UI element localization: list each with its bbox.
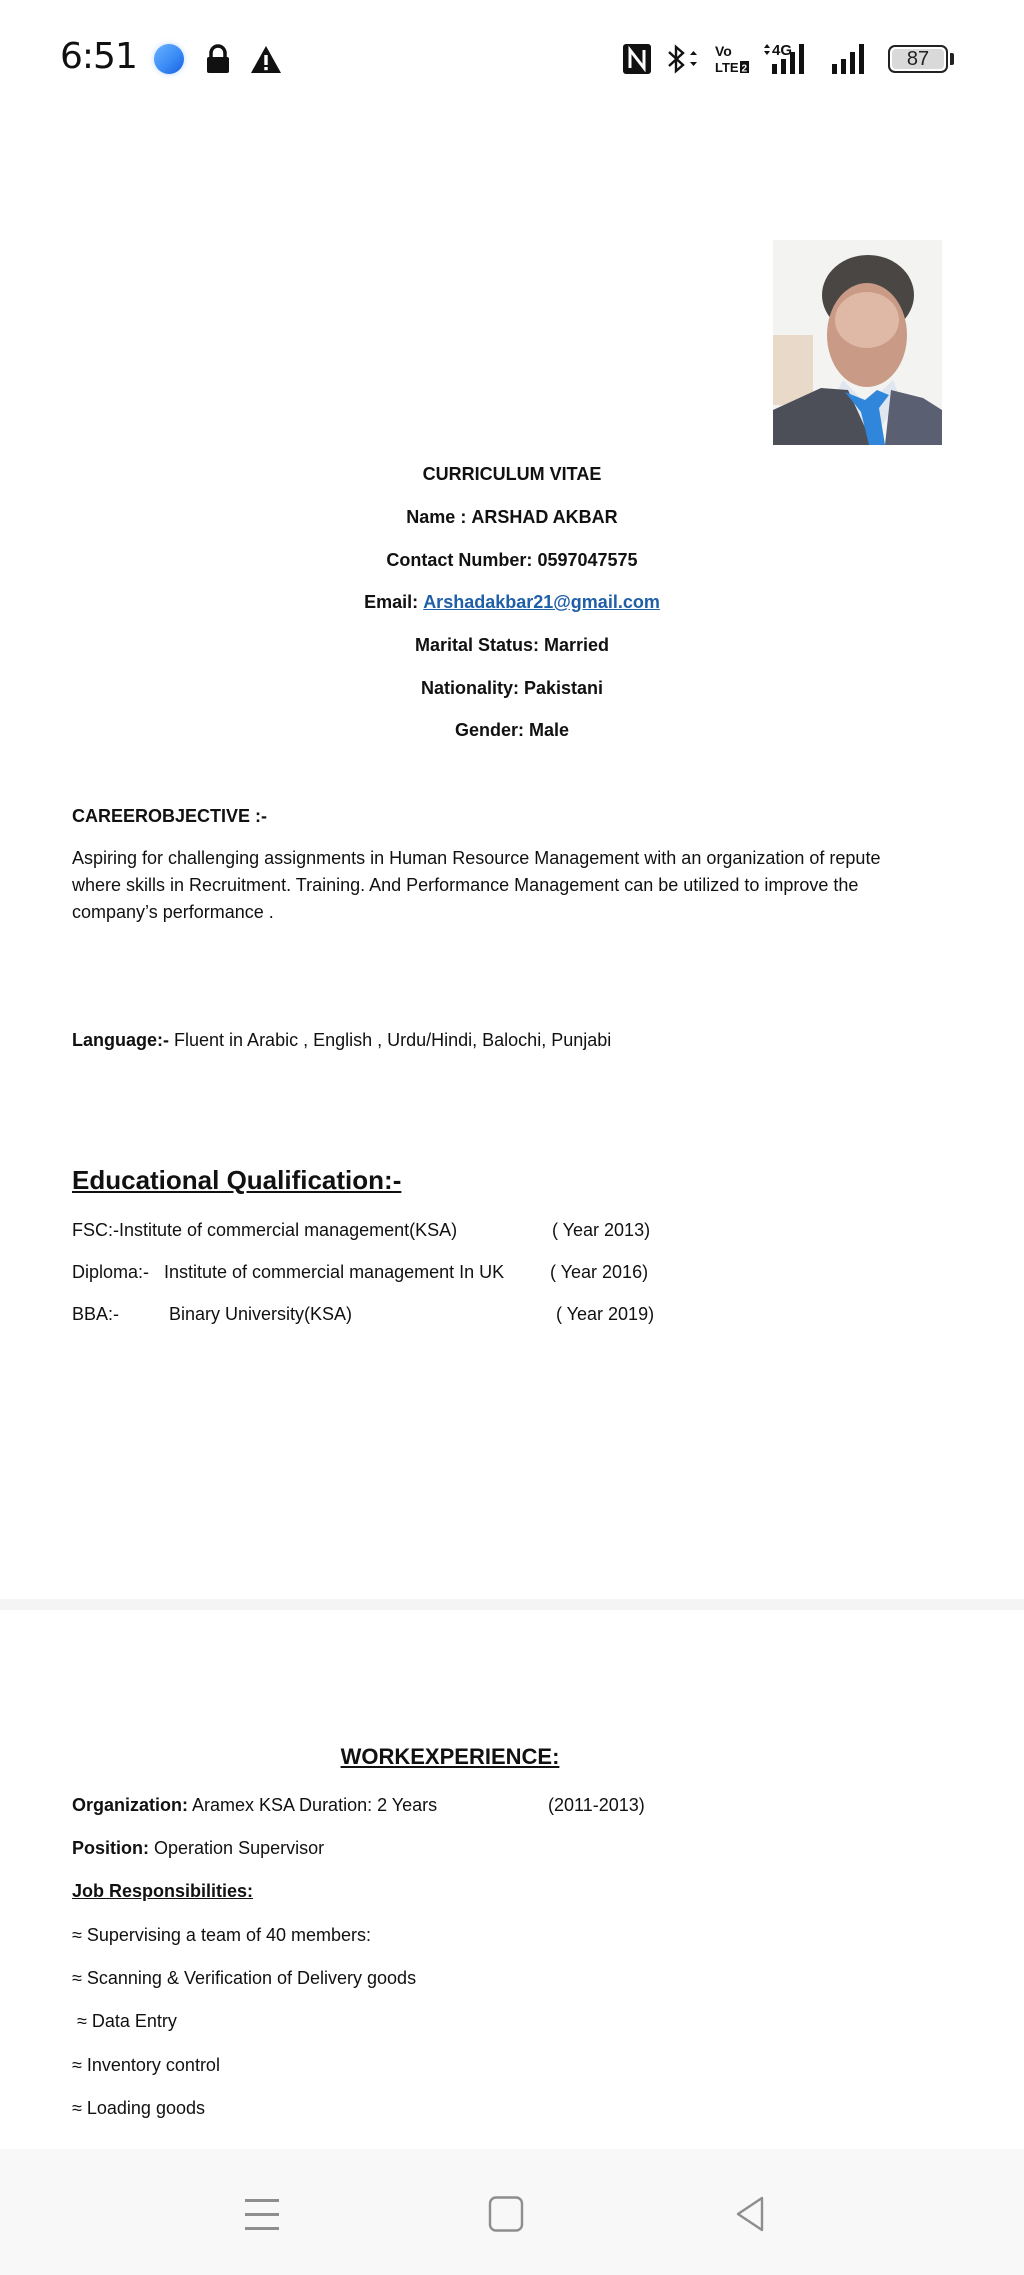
education-institute: Binary University(KSA) bbox=[169, 1304, 352, 1325]
svg-text:LTE: LTE bbox=[715, 60, 739, 75]
career-objective-line: where skills in Recruitment. Training. A… bbox=[72, 872, 952, 899]
responsibility-item: ≈ Loading goods bbox=[72, 2098, 205, 2119]
responsibility-item: ≈ Scanning & Verification of Delivery go… bbox=[72, 1968, 416, 1989]
status-time: 6:51 bbox=[60, 36, 137, 77]
position-label: Position: bbox=[72, 1838, 149, 1858]
nationality-value: Pakistani bbox=[524, 678, 603, 698]
svg-text:4G: 4G bbox=[772, 42, 792, 59]
gender-line: Gender: Male bbox=[0, 720, 1024, 741]
career-objective-line: company’s performance . bbox=[72, 899, 952, 926]
svg-text:2: 2 bbox=[742, 64, 748, 75]
marital-line: Marital Status: Married bbox=[0, 635, 1024, 656]
back-button[interactable] bbox=[725, 2189, 775, 2239]
education-heading: Educational Qualification:- bbox=[72, 1165, 401, 1196]
email-line: Email: Arshadakbar21@gmail.com bbox=[0, 592, 1024, 613]
responsibility-item: ≈ Data Entry bbox=[72, 2011, 177, 2032]
marital-value: Married bbox=[544, 635, 609, 655]
contact-value: 0597047575 bbox=[537, 550, 637, 570]
language-value: Fluent in Arabic , English , Urdu/Hindi,… bbox=[174, 1030, 611, 1050]
education-degree: Diploma:- bbox=[72, 1262, 149, 1283]
language-line: Language:- Fluent in Arabic , English , … bbox=[72, 1030, 611, 1051]
education-year: ( Year 2016) bbox=[550, 1262, 648, 1283]
name-line: Name : ARSHAD AKBAR bbox=[0, 507, 1024, 528]
app-notification-icon bbox=[154, 44, 184, 74]
career-objective-line: Aspiring for challenging assignments in … bbox=[72, 845, 952, 872]
responsibility-item: ≈ Inventory control bbox=[72, 2055, 220, 2076]
work-period: (2011-2013) bbox=[548, 1795, 645, 1816]
home-square-icon bbox=[488, 2196, 524, 2232]
education-institute: Institute of commercial management In UK bbox=[164, 1262, 504, 1283]
back-triangle-icon bbox=[732, 2196, 768, 2232]
responsibility-item: ≈ Supervising a team of 40 members: bbox=[72, 1925, 371, 1946]
email-link[interactable]: Arshadakbar21@gmail.com bbox=[423, 592, 660, 612]
status-bar: 6:51 Vo LTE 2 4G 87 bbox=[0, 0, 1024, 120]
education-year: ( Year 2013) bbox=[552, 1220, 650, 1241]
recents-menu-button[interactable] bbox=[237, 2189, 287, 2239]
name-label: Name : bbox=[406, 507, 466, 527]
lock-icon bbox=[205, 44, 231, 74]
career-objective-heading: CAREEROBJECTIVE :- bbox=[72, 806, 267, 827]
home-button[interactable] bbox=[481, 2189, 531, 2239]
education-year: ( Year 2019) bbox=[556, 1304, 654, 1325]
email-label: Email: bbox=[364, 592, 418, 612]
nationality-label: Nationality: bbox=[421, 678, 519, 698]
marital-label: Marital Status: bbox=[415, 635, 539, 655]
gender-value: Male bbox=[529, 720, 569, 740]
navigation-bar bbox=[0, 2149, 1024, 2275]
organization-line: Organization: Aramex KSA Duration: 2 Yea… bbox=[72, 1795, 872, 1816]
warning-icon bbox=[250, 44, 282, 74]
svg-text:Vo: Vo bbox=[715, 43, 732, 59]
position-line: Position: Operation Supervisor bbox=[72, 1838, 324, 1859]
signal-icon bbox=[830, 40, 874, 76]
signal-4g-icon: 4G bbox=[762, 40, 822, 76]
volte-icon: Vo LTE 2 bbox=[714, 42, 750, 76]
nfc-icon bbox=[623, 44, 651, 74]
battery-tip bbox=[950, 53, 954, 65]
contact-line: Contact Number: 0597047575 bbox=[0, 550, 1024, 571]
education-institute: Institute of commercial management(KSA) bbox=[119, 1220, 457, 1241]
job-responsibilities-heading: Job Responsibilities: bbox=[72, 1881, 253, 1902]
organization-value: Aramex KSA Duration: 2 Years bbox=[192, 1795, 437, 1815]
profile-photo bbox=[773, 240, 942, 445]
nationality-line: Nationality: Pakistani bbox=[0, 678, 1024, 699]
contact-label: Contact Number: bbox=[386, 550, 532, 570]
organization-label: Organization: bbox=[72, 1795, 188, 1815]
gender-label: Gender: bbox=[455, 720, 524, 740]
work-experience-heading: WORKEXPERIENCE: bbox=[0, 1744, 900, 1770]
position-value: Operation Supervisor bbox=[154, 1838, 324, 1858]
cv-title: CURRICULUM VITAE bbox=[0, 464, 1024, 485]
battery-level: 87 bbox=[892, 49, 944, 69]
menu-icon bbox=[244, 2196, 280, 2232]
page-separator bbox=[0, 1599, 1024, 1610]
name-value: ARSHAD AKBAR bbox=[471, 507, 617, 527]
bluetooth-icon bbox=[664, 42, 700, 76]
battery-icon: 87 bbox=[888, 45, 948, 73]
education-degree: BBA:- bbox=[72, 1304, 119, 1325]
education-degree: FSC:- bbox=[72, 1220, 119, 1241]
career-objective-text: Aspiring for challenging assignments in … bbox=[72, 845, 952, 926]
language-label: Language:- bbox=[72, 1030, 169, 1050]
